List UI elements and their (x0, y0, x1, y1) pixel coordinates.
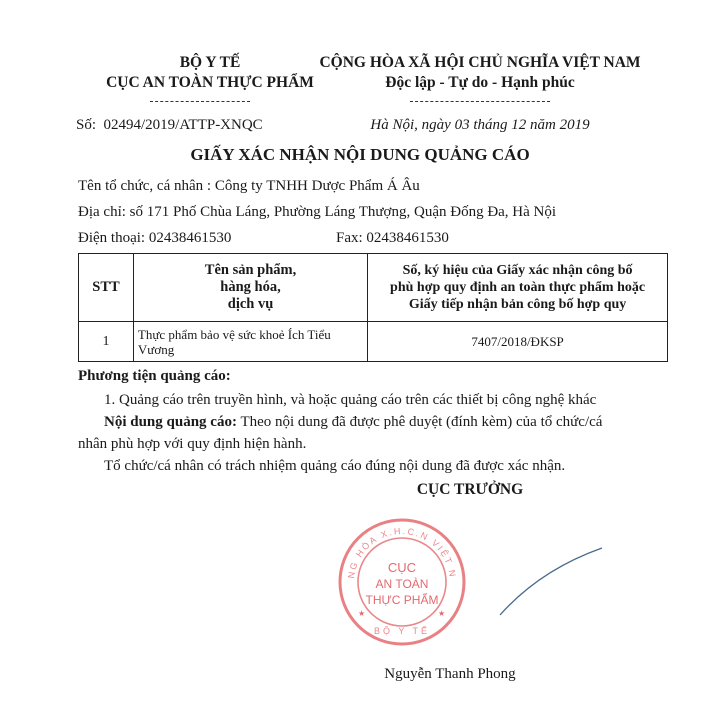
country-name: CỘNG HÒA XÃ HỘI CHỦ NGHĨA VIỆT NAM (300, 54, 660, 72)
header-stt: STT (79, 254, 134, 322)
organization-phone: Điện thoại: 02438461530 (78, 230, 231, 247)
svg-text:BỘ Y TẾ: BỘ Y TẾ (374, 626, 430, 636)
seal-icon: CỘNG HÒA X.H.C.N VIỆT NAM BỘ Y TẾ ★ ★ CỤ… (332, 512, 472, 652)
media-item: 1. Quảng cáo trên truyền hình, và hoặc q… (104, 392, 596, 409)
cell-stt: 1 (79, 322, 134, 362)
table-header-row: STT Tên sản phẩm, hàng hóa, dịch vụ Số, … (79, 254, 668, 322)
signer-title: CỤC TRƯỞNG (380, 481, 560, 499)
document-number-label: Số: (76, 117, 96, 133)
header-product-line: dịch vụ (138, 296, 363, 313)
content-text: Theo nội dung đã được phê duyệt (đính kè… (237, 414, 602, 430)
organization-address: Địa chỉ: số 171 Phố Chùa Láng, Phường Lá… (78, 204, 556, 221)
document-number-value: 02494/2019/ATTP-XNQC (104, 117, 263, 133)
header-certificate-line: Số, ký hiệu của Giấy xác nhận công bố (372, 262, 663, 279)
document-title: GIẤY XÁC NHẬN NỘI DUNG QUẢNG CÁO (60, 145, 660, 165)
official-seal: CỘNG HÒA X.H.C.N VIỆT NAM BỘ Y TẾ ★ ★ CỤ… (332, 512, 472, 652)
product-table: STT Tên sản phẩm, hàng hóa, dịch vụ Số, … (78, 253, 668, 362)
svg-text:★: ★ (438, 609, 445, 618)
responsibility-statement: Tổ chức/cá nhân có trách nhiệm quảng cáo… (104, 458, 565, 475)
table-row: 1 Thực phẩm bảo vệ sức khoẻ Ích Tiểu Vươ… (79, 322, 668, 362)
cell-product: Thực phẩm bảo vệ sức khoẻ Ích Tiểu Vương (133, 322, 367, 362)
signature-stroke (490, 540, 610, 620)
svg-text:THỰC PHẨM: THỰC PHẨM (366, 592, 439, 607)
national-motto: Độc lập - Tự do - Hạnh phúc (300, 74, 660, 92)
signer-name: Nguyễn Thanh Phong (360, 666, 540, 683)
header-certificate-line: Giấy tiếp nhận bản công bố hợp quy (372, 296, 663, 313)
header-product-line: hàng hóa, (138, 279, 363, 296)
svg-text:AN TOÀN: AN TOÀN (376, 576, 429, 591)
content-label: Nội dung quảng cáo: (104, 414, 237, 430)
signature-icon (490, 540, 610, 620)
content-text-continued: nhân phù hợp với quy định hiện hành. (78, 436, 306, 453)
header-left-divider (150, 101, 250, 102)
header-right-divider (410, 101, 550, 102)
cell-certificate: 7407/2018/ĐKSP (368, 322, 668, 362)
organization-name: Tên tổ chức, cá nhân : Công ty TNHH Dược… (78, 178, 420, 195)
svg-text:CỤC: CỤC (388, 560, 416, 575)
document-number: Số: 02494/2019/ATTP-XNQC (76, 117, 263, 134)
header-certificate-number: Số, ký hiệu của Giấy xác nhận công bố ph… (368, 254, 668, 322)
place-and-date: Hà Nội, ngày 03 tháng 12 năm 2019 (300, 117, 660, 134)
organization-fax: Fax: 02438461530 (336, 230, 449, 247)
svg-text:★: ★ (358, 609, 365, 618)
header-product-name: Tên sản phẩm, hàng hóa, dịch vụ (133, 254, 367, 322)
content-statement: Nội dung quảng cáo: Theo nội dung đã đượ… (104, 414, 602, 431)
header-product-line: Tên sản phẩm, (138, 262, 363, 279)
header-certificate-line: phù hợp quy định an toàn thực phẩm hoặc (372, 279, 663, 296)
media-heading: Phương tiện quảng cáo: (78, 368, 231, 385)
